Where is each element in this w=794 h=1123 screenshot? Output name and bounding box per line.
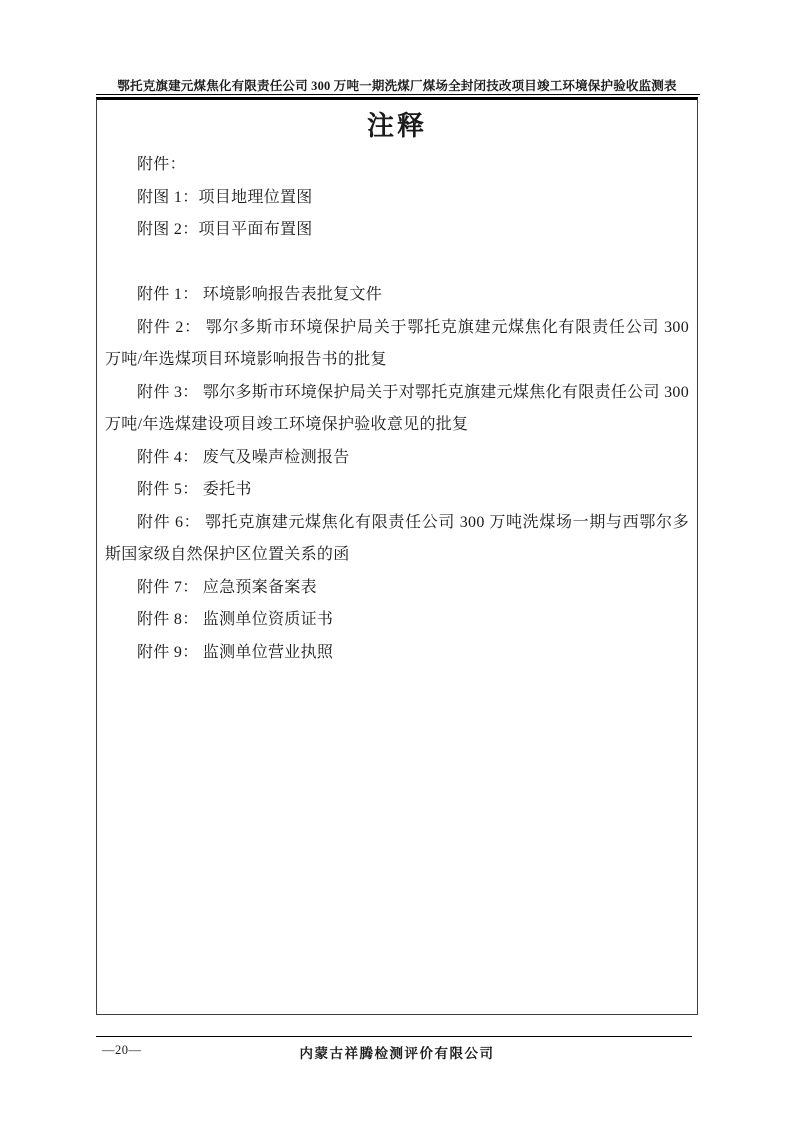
document-page: 鄂托克旗建元煤焦化有限责任公司 300 万吨一期洗煤厂煤场全封闭技改项目竣工环境… xyxy=(0,0,794,1123)
page-number: —20— xyxy=(102,1043,142,1058)
page-footer: —20— 内蒙古祥腾检测评价有限公司 xyxy=(96,1041,698,1061)
footer-company-name: 内蒙古祥腾检测评价有限公司 xyxy=(96,1041,698,1062)
attachment-figure-2: 附图 2：项目平面布置图 xyxy=(105,214,689,247)
attachment-item-3: 附件 3： 鄂尔多斯市环境保护局关于对鄂托克旗建元煤焦化有限责任公司 300 万… xyxy=(105,377,689,442)
attachment-figure-1: 附图 1：项目地理位置图 xyxy=(105,182,689,215)
attachment-item-8: 附件 8： 监测单位资质证书 xyxy=(105,604,689,637)
footer-rule xyxy=(96,1036,692,1037)
attachments-heading: 附件： xyxy=(105,149,689,182)
page-header-title: 鄂托克旗建元煤焦化有限责任公司 300 万吨一期洗煤厂煤场全封闭技改项目竣工环境… xyxy=(48,76,746,94)
attachment-item-7: 附件 7： 应急预案备案表 xyxy=(105,572,689,605)
attachment-item-4: 附件 4： 废气及噪声检测报告 xyxy=(105,442,689,475)
section-title: 注释 xyxy=(105,108,689,144)
attachment-item-6: 附件 6： 鄂托克旗建元煤焦化有限责任公司 300 万吨洗煤场一期与西鄂尔多斯国… xyxy=(105,507,689,572)
header-rule xyxy=(96,94,700,95)
attachment-item-1: 附件 1： 环境影响报告表批复文件 xyxy=(105,279,689,312)
attachment-item-5: 附件 5： 委托书 xyxy=(105,474,689,507)
content-box: 注释 附件： 附图 1：项目地理位置图 附图 2：项目平面布置图 附件 1： 环… xyxy=(96,97,698,1015)
attachment-item-9: 附件 9： 监测单位营业执照 xyxy=(105,637,689,670)
attachment-item-2: 附件 2： 鄂尔多斯市环境保护局关于鄂托克旗建元煤焦化有限责任公司 300 万吨… xyxy=(105,312,689,377)
